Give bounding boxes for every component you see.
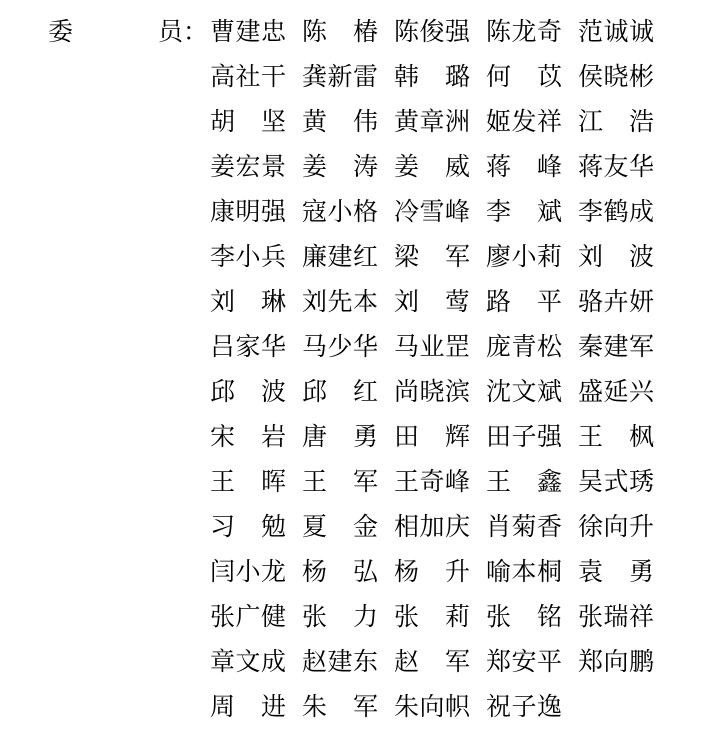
member-name: 沈文斌 <box>486 370 562 415</box>
member-name: 袁勇 <box>578 550 654 595</box>
member-name: 李斌 <box>486 190 562 235</box>
member-name: 冷雪峰 <box>394 190 470 235</box>
member-name: 张铭 <box>486 595 562 640</box>
member-name: 祝子逸 <box>486 685 562 730</box>
member-row: 李小兵廉建红梁军廖小莉刘波 <box>210 235 720 280</box>
member-name: 姜涛 <box>302 145 378 190</box>
member-name: 李鹤成 <box>578 190 654 235</box>
committee-member-document: 委 员： 曹建忠陈椿陈俊强陈龙奇范诚诚高社干龚新雷韩璐何苡侯晓彬胡坚黄伟黄章洲姬… <box>0 0 720 735</box>
committee-label: 委 员： <box>48 10 208 55</box>
member-name: 蒋峰 <box>486 145 562 190</box>
member-name: 王奇峰 <box>394 460 470 505</box>
member-name: 曹建忠 <box>210 10 286 55</box>
member-name: 吕家华 <box>210 325 286 370</box>
member-name: 骆卉妍 <box>578 280 654 325</box>
member-name: 陈椿 <box>302 10 378 55</box>
member-name: 赵建东 <box>302 640 378 685</box>
member-row: 康明强寇小格冷雪峰李斌李鹤成 <box>210 190 720 235</box>
member-name: 喻本桐 <box>486 550 562 595</box>
member-name: 邱红 <box>302 370 378 415</box>
member-name: 黄章洲 <box>394 100 470 145</box>
member-name: 张莉 <box>394 595 470 640</box>
member-name: 宋岩 <box>210 415 286 460</box>
member-name: 梁军 <box>394 235 470 280</box>
member-row: 宋岩唐勇田辉田子强王枫 <box>210 415 720 460</box>
member-rows: 曹建忠陈椿陈俊强陈龙奇范诚诚高社干龚新雷韩璐何苡侯晓彬胡坚黄伟黄章洲姬发祥江浩姜… <box>210 10 720 730</box>
member-row: 章文成赵建东赵军郑安平郑向鹏 <box>210 640 720 685</box>
member-name: 王晖 <box>210 460 286 505</box>
member-name: 姬发祥 <box>486 100 562 145</box>
member-name: 康明强 <box>210 190 286 235</box>
member-name: 张瑞祥 <box>578 595 654 640</box>
member-name: 闫小龙 <box>210 550 286 595</box>
member-name: 田辉 <box>394 415 470 460</box>
member-name: 江浩 <box>578 100 654 145</box>
member-row: 曹建忠陈椿陈俊强陈龙奇范诚诚 <box>210 10 720 55</box>
member-name: 夏金 <box>302 505 378 550</box>
member-name: 朱军 <box>302 685 378 730</box>
member-name: 周进 <box>210 685 286 730</box>
member-row: 胡坚黄伟黄章洲姬发祥江浩 <box>210 100 720 145</box>
member-name: 吴式琇 <box>578 460 654 505</box>
member-name: 朱向帜 <box>394 685 470 730</box>
member-name: 杨弘 <box>302 550 378 595</box>
member-name: 陈俊强 <box>394 10 470 55</box>
member-name: 张广健 <box>210 595 286 640</box>
member-name: 姜宏景 <box>210 145 286 190</box>
member-name: 田子强 <box>486 415 562 460</box>
member-name: 相加庆 <box>394 505 470 550</box>
member-row: 王晖王军王奇峰王鑫吴式琇 <box>210 460 720 505</box>
member-name: 路平 <box>486 280 562 325</box>
member-name: 徐向升 <box>578 505 654 550</box>
member-name: 张力 <box>302 595 378 640</box>
member-name: 秦建军 <box>578 325 654 370</box>
member-row: 高社干龚新雷韩璐何苡侯晓彬 <box>210 55 720 100</box>
member-name: 黄伟 <box>302 100 378 145</box>
member-name: 刘先本 <box>302 280 378 325</box>
member-row: 吕家华马少华马业罡庞青松秦建军 <box>210 325 720 370</box>
member-row: 刘琳刘先本刘莺路平骆卉妍 <box>210 280 720 325</box>
member-name: 高社干 <box>210 55 286 100</box>
member-name: 肖菊香 <box>486 505 562 550</box>
member-name: 何苡 <box>486 55 562 100</box>
member-name: 杨升 <box>394 550 470 595</box>
member-name: 胡坚 <box>210 100 286 145</box>
member-name: 章文成 <box>210 640 286 685</box>
member-row: 习勉夏金相加庆肖菊香徐向升 <box>210 505 720 550</box>
member-name: 马业罡 <box>394 325 470 370</box>
member-row: 周进朱军朱向帜祝子逸 <box>210 685 720 730</box>
member-name: 侯晓彬 <box>578 55 654 100</box>
member-row: 邱波邱红尚晓滨沈文斌盛延兴 <box>210 370 720 415</box>
member-name: 寇小格 <box>302 190 378 235</box>
member-name: 尚晓滨 <box>394 370 470 415</box>
member-name: 盛延兴 <box>578 370 654 415</box>
member-name: 唐勇 <box>302 415 378 460</box>
member-row: 闫小龙杨弘杨升喻本桐袁勇 <box>210 550 720 595</box>
member-name: 王军 <box>302 460 378 505</box>
member-name: 廖小莉 <box>486 235 562 280</box>
member-name: 龚新雷 <box>302 55 378 100</box>
member-name: 习勉 <box>210 505 286 550</box>
member-name: 韩璐 <box>394 55 470 100</box>
member-name: 郑安平 <box>486 640 562 685</box>
member-name: 姜威 <box>394 145 470 190</box>
member-name: 邱波 <box>210 370 286 415</box>
member-name: 王鑫 <box>486 460 562 505</box>
member-name: 陈龙奇 <box>486 10 562 55</box>
member-name: 赵军 <box>394 640 470 685</box>
member-name: 庞青松 <box>486 325 562 370</box>
member-name: 蒋友华 <box>578 145 654 190</box>
member-row: 姜宏景姜涛姜威蒋峰蒋友华 <box>210 145 720 190</box>
member-row: 张广健张力张莉张铭张瑞祥 <box>210 595 720 640</box>
committee-label-part1: 委 <box>48 10 73 55</box>
committee-label-part2: 员： <box>158 10 208 55</box>
member-name: 刘波 <box>578 235 654 280</box>
member-name: 范诚诚 <box>578 10 654 55</box>
member-name: 廉建红 <box>302 235 378 280</box>
member-name: 刘莺 <box>394 280 470 325</box>
member-name: 郑向鹏 <box>578 640 654 685</box>
member-name: 李小兵 <box>210 235 286 280</box>
member-name: 王枫 <box>578 415 654 460</box>
member-name: 马少华 <box>302 325 378 370</box>
member-name: 刘琳 <box>210 280 286 325</box>
